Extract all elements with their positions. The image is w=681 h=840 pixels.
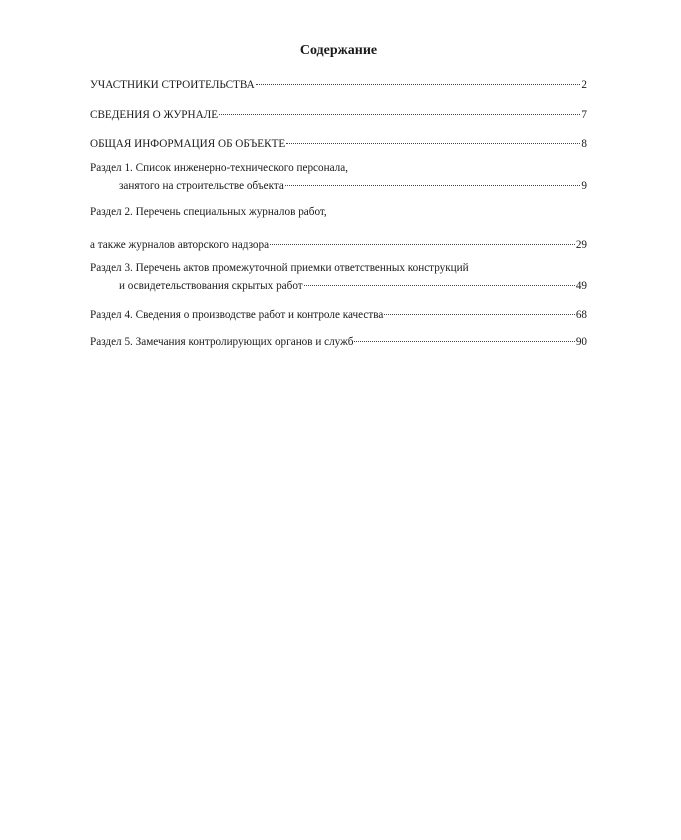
toc-entry-page: 7 (581, 108, 587, 122)
toc-entry-object-info[interactable]: ОБЩАЯ ИНФОРМАЦИЯ ОБ ОБЪЕКТЕ 8 (90, 133, 587, 151)
toc-entry-text: а также журналов авторского надзора (90, 238, 269, 252)
toc-entry-section-3-line2[interactable]: и освидетельствования скрытых работ 49 (90, 275, 587, 293)
toc-leader-dots (354, 331, 574, 345)
toc-entry-text: Раздел 3. Перечень актов промежуточной п… (90, 261, 469, 275)
toc-title: Содержание (90, 43, 587, 59)
toc-entry-section-3-line1[interactable]: Раздел 3. Перечень актов промежуточной п… (90, 261, 587, 275)
toc-entry-section-2-line1[interactable]: Раздел 2. Перечень специальных журналов … (90, 205, 587, 219)
toc-entry-page: 8 (581, 137, 587, 151)
toc-entry-section-1-line1[interactable]: Раздел 1. Список инженерно-технического … (90, 161, 587, 175)
toc-entry-text: Раздел 4. Сведения о производстве работ … (90, 308, 383, 322)
toc-entry-page: 9 (581, 179, 587, 193)
toc-entry-text: ОБЩАЯ ИНФОРМАЦИЯ ОБ ОБЪЕКТЕ (90, 137, 285, 151)
toc-entry-text: Раздел 2. Перечень специальных журналов … (90, 205, 327, 219)
toc-entry-text: и освидетельствования скрытых работ (119, 279, 303, 293)
toc-leader-dots (304, 275, 575, 289)
toc-entry-section-4[interactable]: Раздел 4. Сведения о производстве работ … (90, 304, 587, 322)
toc-entry-section-5[interactable]: Раздел 5. Замечания контролирующих орган… (90, 331, 587, 349)
toc-entry-page: 2 (581, 78, 587, 92)
toc-leader-dots (256, 74, 581, 88)
toc-entry-page: 29 (576, 238, 587, 252)
toc-entry-section-2-line2[interactable]: а также журналов авторского надзора 29 (90, 234, 587, 252)
toc-leader-dots (285, 175, 581, 189)
toc-entry-text: Раздел 1. Список инженерно-технического … (90, 161, 348, 175)
toc-entry-journal-info[interactable]: СВЕДЕНИЯ О ЖУРНАЛЕ 7 (90, 104, 587, 122)
toc-entry-text: занятого на строительстве объекта (119, 179, 284, 193)
toc-entry-text: Раздел 5. Замечания контролирующих орган… (90, 335, 353, 349)
toc-leader-dots (384, 304, 575, 318)
toc-entry-page: 49 (576, 279, 587, 293)
toc-leader-dots (219, 104, 580, 118)
toc-entry-text: УЧАСТНИКИ СТРОИТЕЛЬСТВА (90, 78, 255, 92)
toc-entry-section-1-line2[interactable]: занятого на строительстве объекта 9 (90, 175, 587, 193)
toc-entry-page: 68 (576, 308, 587, 322)
toc-leader-dots (270, 234, 575, 248)
toc-entry-participants[interactable]: УЧАСТНИКИ СТРОИТЕЛЬСТВА 2 (90, 74, 587, 92)
toc-leader-dots (286, 133, 580, 147)
toc-entry-text: СВЕДЕНИЯ О ЖУРНАЛЕ (90, 108, 218, 122)
toc-entry-page: 90 (576, 335, 587, 349)
